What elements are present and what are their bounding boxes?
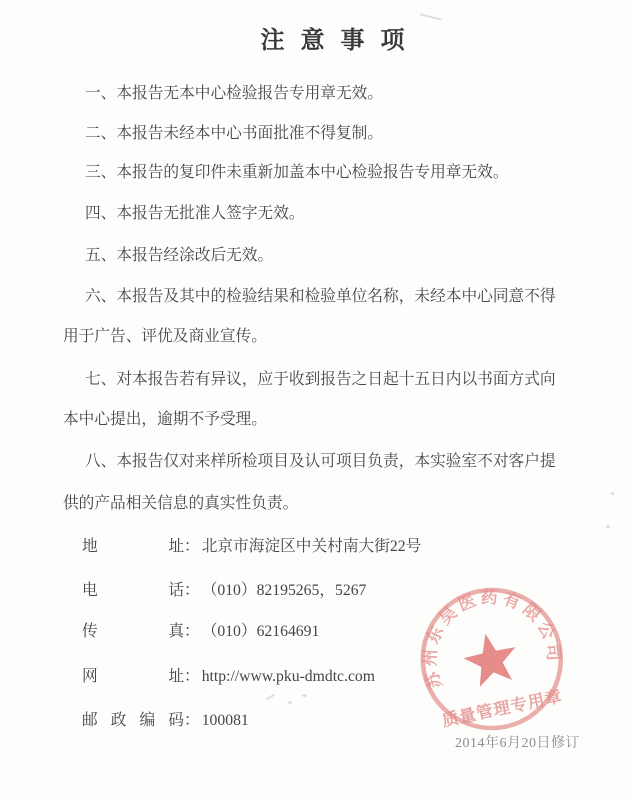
scan-artifact [266,694,275,700]
notice-item-2: 二、本报告未经本中心书面批准不得复制。 [85,125,383,143]
scan-artifact [288,701,292,704]
scan-artifact [606,525,610,528]
postal-code-value: 100081 [202,712,249,730]
postal-code-label: 邮政编码 [82,712,184,730]
contact-row-postal-code: 邮政编码：100081 [82,712,249,730]
notice-item-7-line-1: 七、对本报告若有异议，应于收到报告之日起十五日内以书面方式向 [85,371,556,389]
notice-item-6-line-2: 用于广告、评优及商业宣传。 [63,328,267,346]
seal-bottom-text: 质量管理专用章 [440,685,564,730]
website-label: 网址 [82,668,184,686]
contact-row-website: 网址：http://www.pku-dmdtc.com [82,668,375,686]
phone-label: 电话 [82,582,184,600]
notice-item-3: 三、本报告的复印件未重新加盖本中心检验报告专用章无效。 [85,164,509,182]
address-value: 北京市海淀区中关村南大街22号 [202,538,422,556]
scan-artifact [302,694,307,697]
seal-star-icon [459,628,522,689]
fax-value: （010）62164691 [202,623,320,641]
revision-date: 2014年6月20日修订 [455,732,615,752]
phone-value: （010）82195265，5267 [202,582,367,600]
notice-item-7-line-2: 本中心提出，逾期不予受理。 [63,411,267,429]
website-value: http://www.pku-dmdtc.com [202,668,375,686]
notice-document-page: 注 意 事 项 一、本报告无本中心检验报告专用章无效。 二、本报告未经本中心书面… [0,0,631,801]
contact-row-fax: 传真：（010）62164691 [82,623,319,641]
notice-item-4: 四、本报告无批准人签字无效。 [85,205,305,223]
fax-label: 传真 [82,623,184,641]
notice-item-1: 一、本报告无本中心检验报告专用章无效。 [85,85,383,103]
address-label: 地址 [82,538,184,556]
notice-item-5: 五、本报告经涂改后无效。 [85,247,273,265]
notice-item-8-line-2: 供的产品相关信息的真实性负责。 [63,495,298,513]
page-title: 注 意 事 项 [0,20,631,55]
contact-row-phone: 电话：（010）82195265，5267 [82,582,366,600]
notice-item-6-line-1: 六、本报告及其中的检验结果和检验单位名称，未经本中心同意不得 [85,288,556,306]
scan-artifact [611,492,614,495]
notice-item-8-line-1: 八、本报告仅对来样所检项目及认可项目负责，本实验室不对客户提 [85,453,556,471]
contact-row-address: 地址：北京市海淀区中关村南大街22号 [82,538,421,556]
